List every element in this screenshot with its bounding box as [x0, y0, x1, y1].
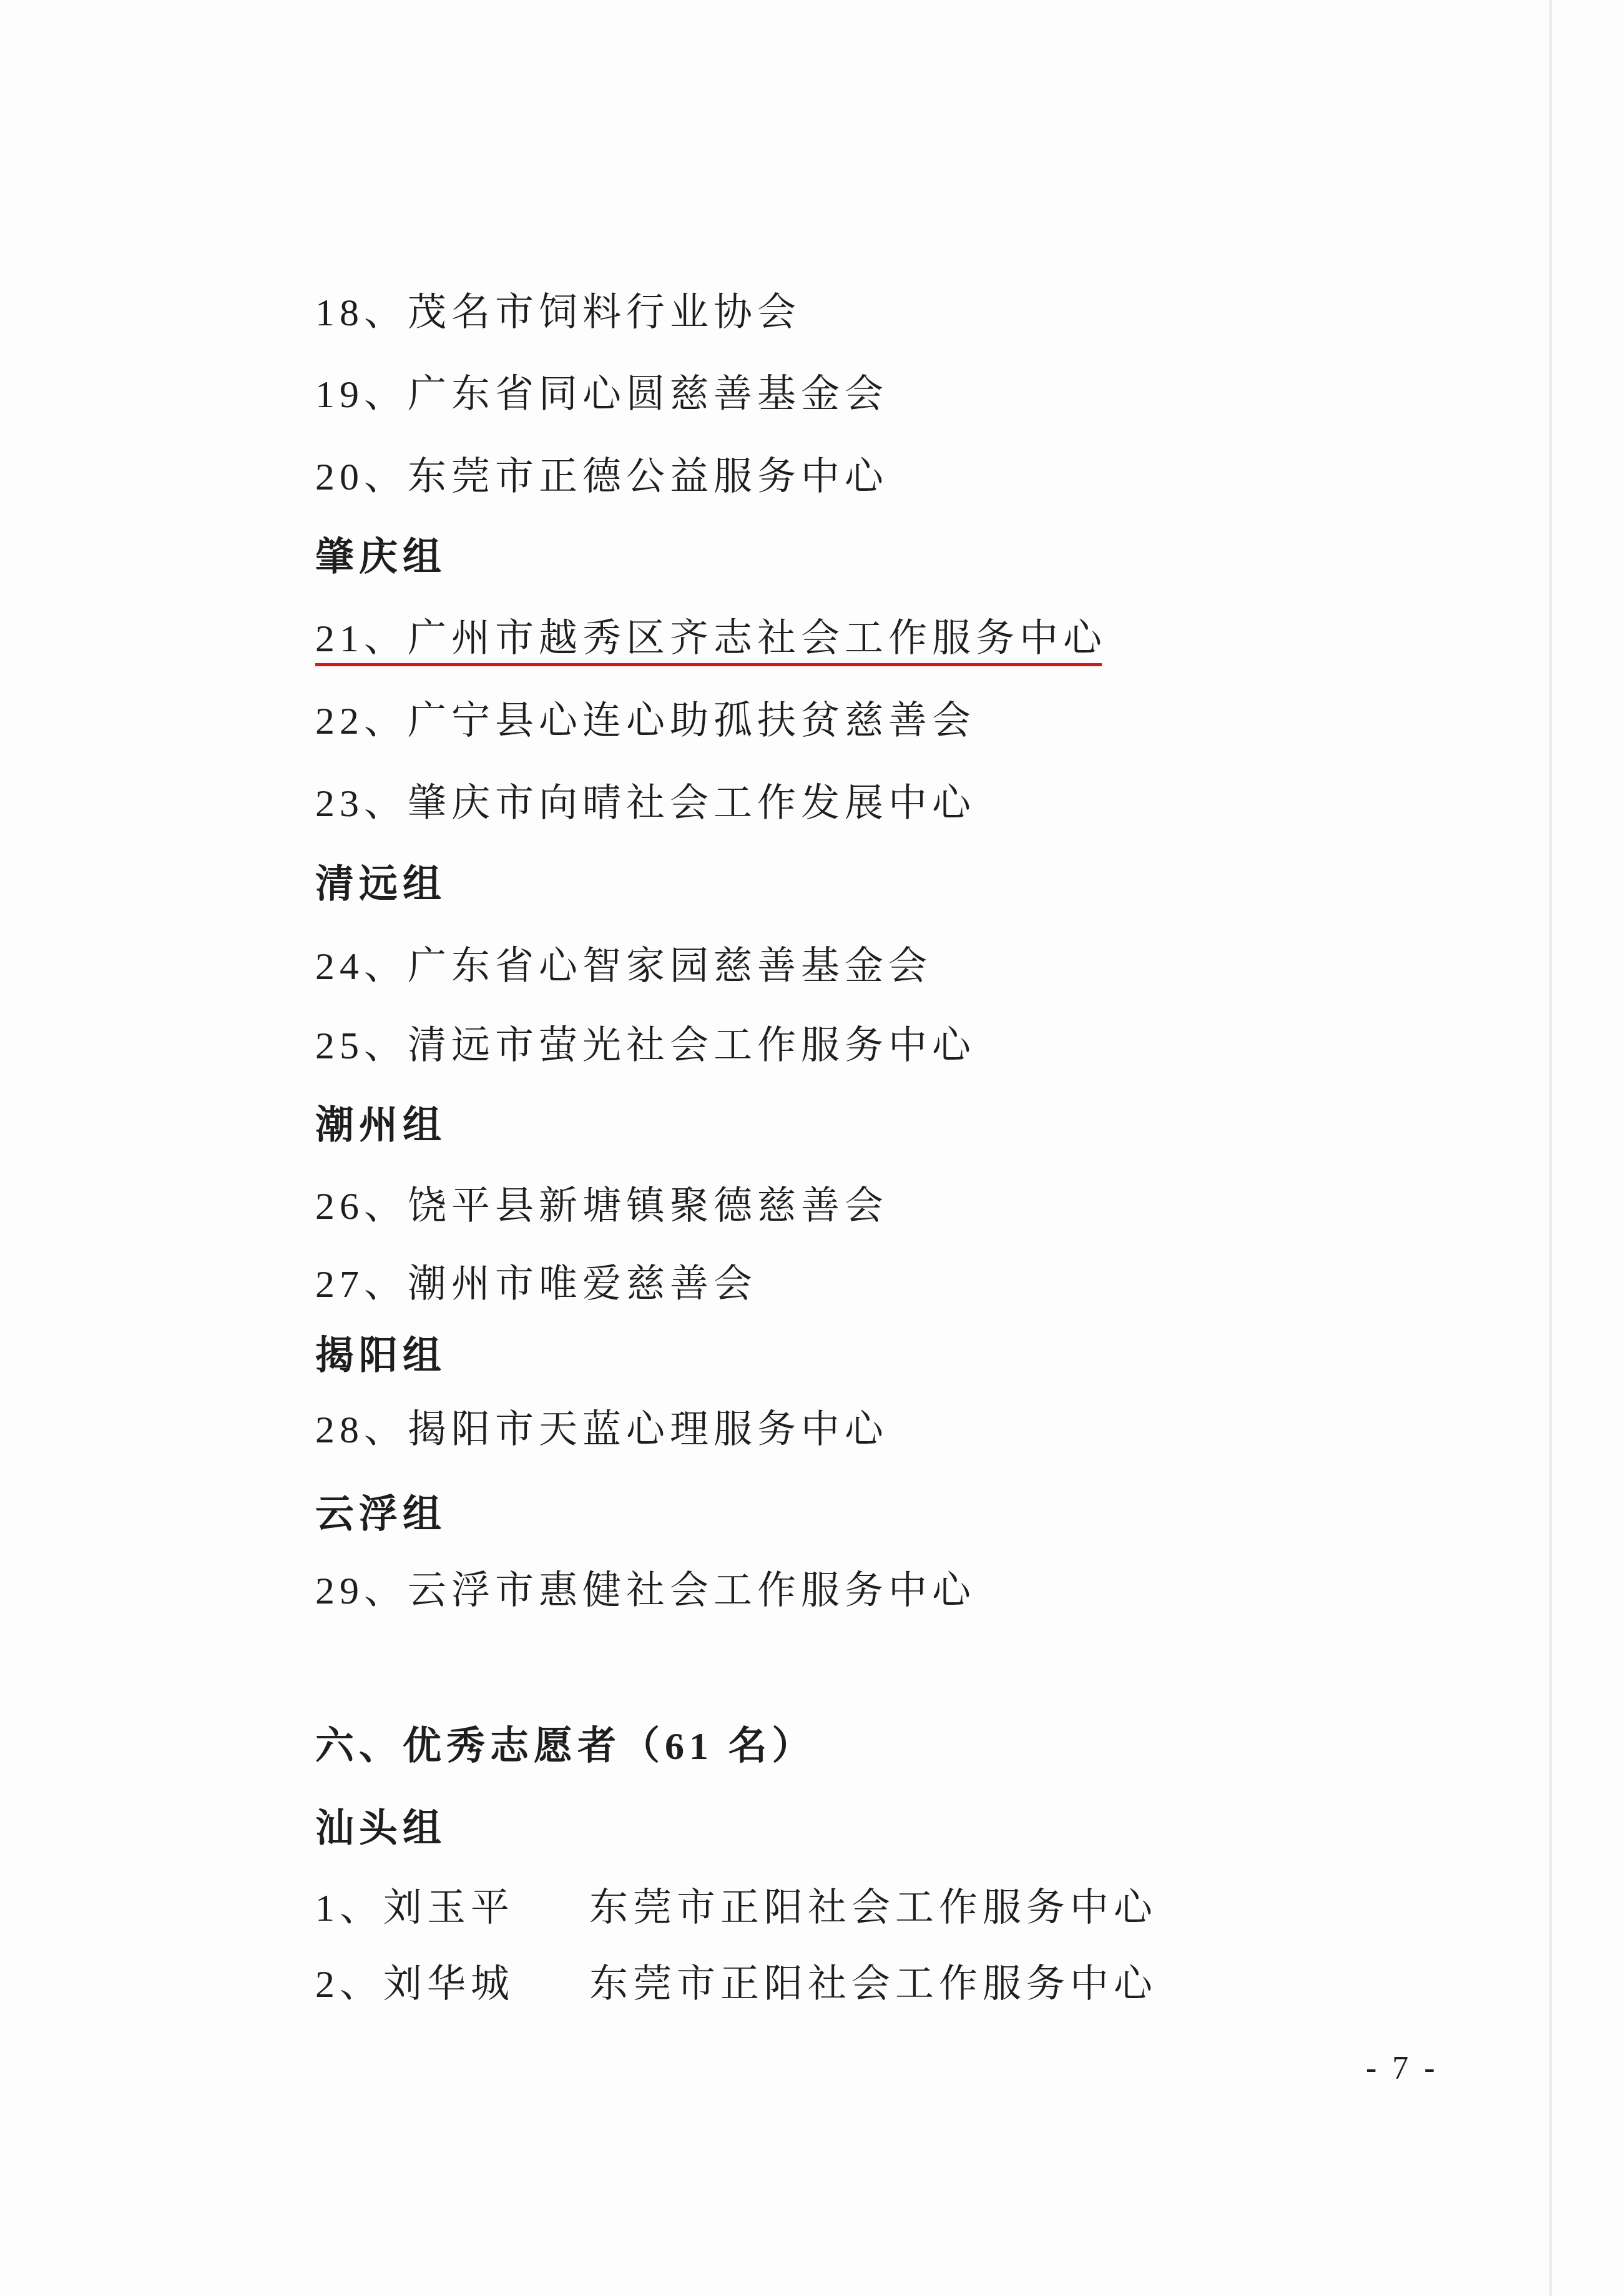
list-item-24: 24、广东省心智家园慈善基金会 [315, 947, 932, 986]
red-underline-annotation [315, 663, 1102, 666]
group-header-jieyang: 揭阳组 [315, 1337, 446, 1376]
volunteer-name: 刘华城 [383, 1963, 514, 2006]
scan-edge-line [1549, 0, 1552, 2296]
volunteer-number: 1、 [315, 1887, 383, 1929]
section-heading-outstanding-volunteers: 六、优秀志愿者（61 名） [315, 1727, 816, 1766]
list-item-28: 28、揭阳市天蓝心理服务中心 [315, 1411, 888, 1449]
list-item-26: 26、饶平县新塘镇聚德慈善会 [315, 1187, 888, 1226]
list-item-27: 27、潮州市唯爱慈善会 [315, 1265, 757, 1304]
list-item-23: 23、肇庆市向晴社会工作发展中心 [315, 784, 976, 823]
list-item-18: 18、茂名市饲料行业协会 [315, 293, 801, 332]
group-header-qingyuan: 清远组 [315, 865, 446, 904]
group-header-zhaoqing: 肇庆组 [315, 538, 446, 577]
volunteer-organization: 东莞市正阳社会工作服务中心 [589, 1889, 1157, 1928]
list-item-29: 29、云浮市惠健社会工作服务中心 [315, 1572, 976, 1610]
list-item-21: 21、广州市越秀区齐志社会工作服务中心 [315, 619, 1107, 658]
list-item-22: 22、广宁县心连心助孤扶贫慈善会 [315, 702, 976, 741]
list-item-25: 25、清远市萤光社会工作服务中心 [315, 1027, 976, 1065]
volunteer-row-2: 2、刘华城东莞市正阳社会工作服务中心 [315, 1965, 1157, 2004]
volunteer-row-1: 1、刘玉平东莞市正阳社会工作服务中心 [315, 1889, 1157, 1928]
list-item-20: 20、东莞市正德公益服务中心 [315, 458, 888, 496]
group-header-yunfu: 云浮组 [315, 1495, 446, 1534]
list-item-19: 19、广东省同心圆慈善基金会 [315, 375, 888, 414]
page-number: - 7 - [1366, 2050, 1439, 2087]
group-header-shantou: 汕头组 [315, 1810, 446, 1848]
volunteer-organization: 东莞市正阳社会工作服务中心 [589, 1965, 1157, 2004]
volunteer-name: 刘玉平 [383, 1887, 514, 1929]
scanned-document-page: 18、茂名市饲料行业协会 19、广东省同心圆慈善基金会 20、东莞市正德公益服务… [0, 0, 1623, 2296]
volunteer-number: 2、 [315, 1963, 383, 2006]
group-header-chaozhou: 潮州组 [315, 1106, 446, 1145]
